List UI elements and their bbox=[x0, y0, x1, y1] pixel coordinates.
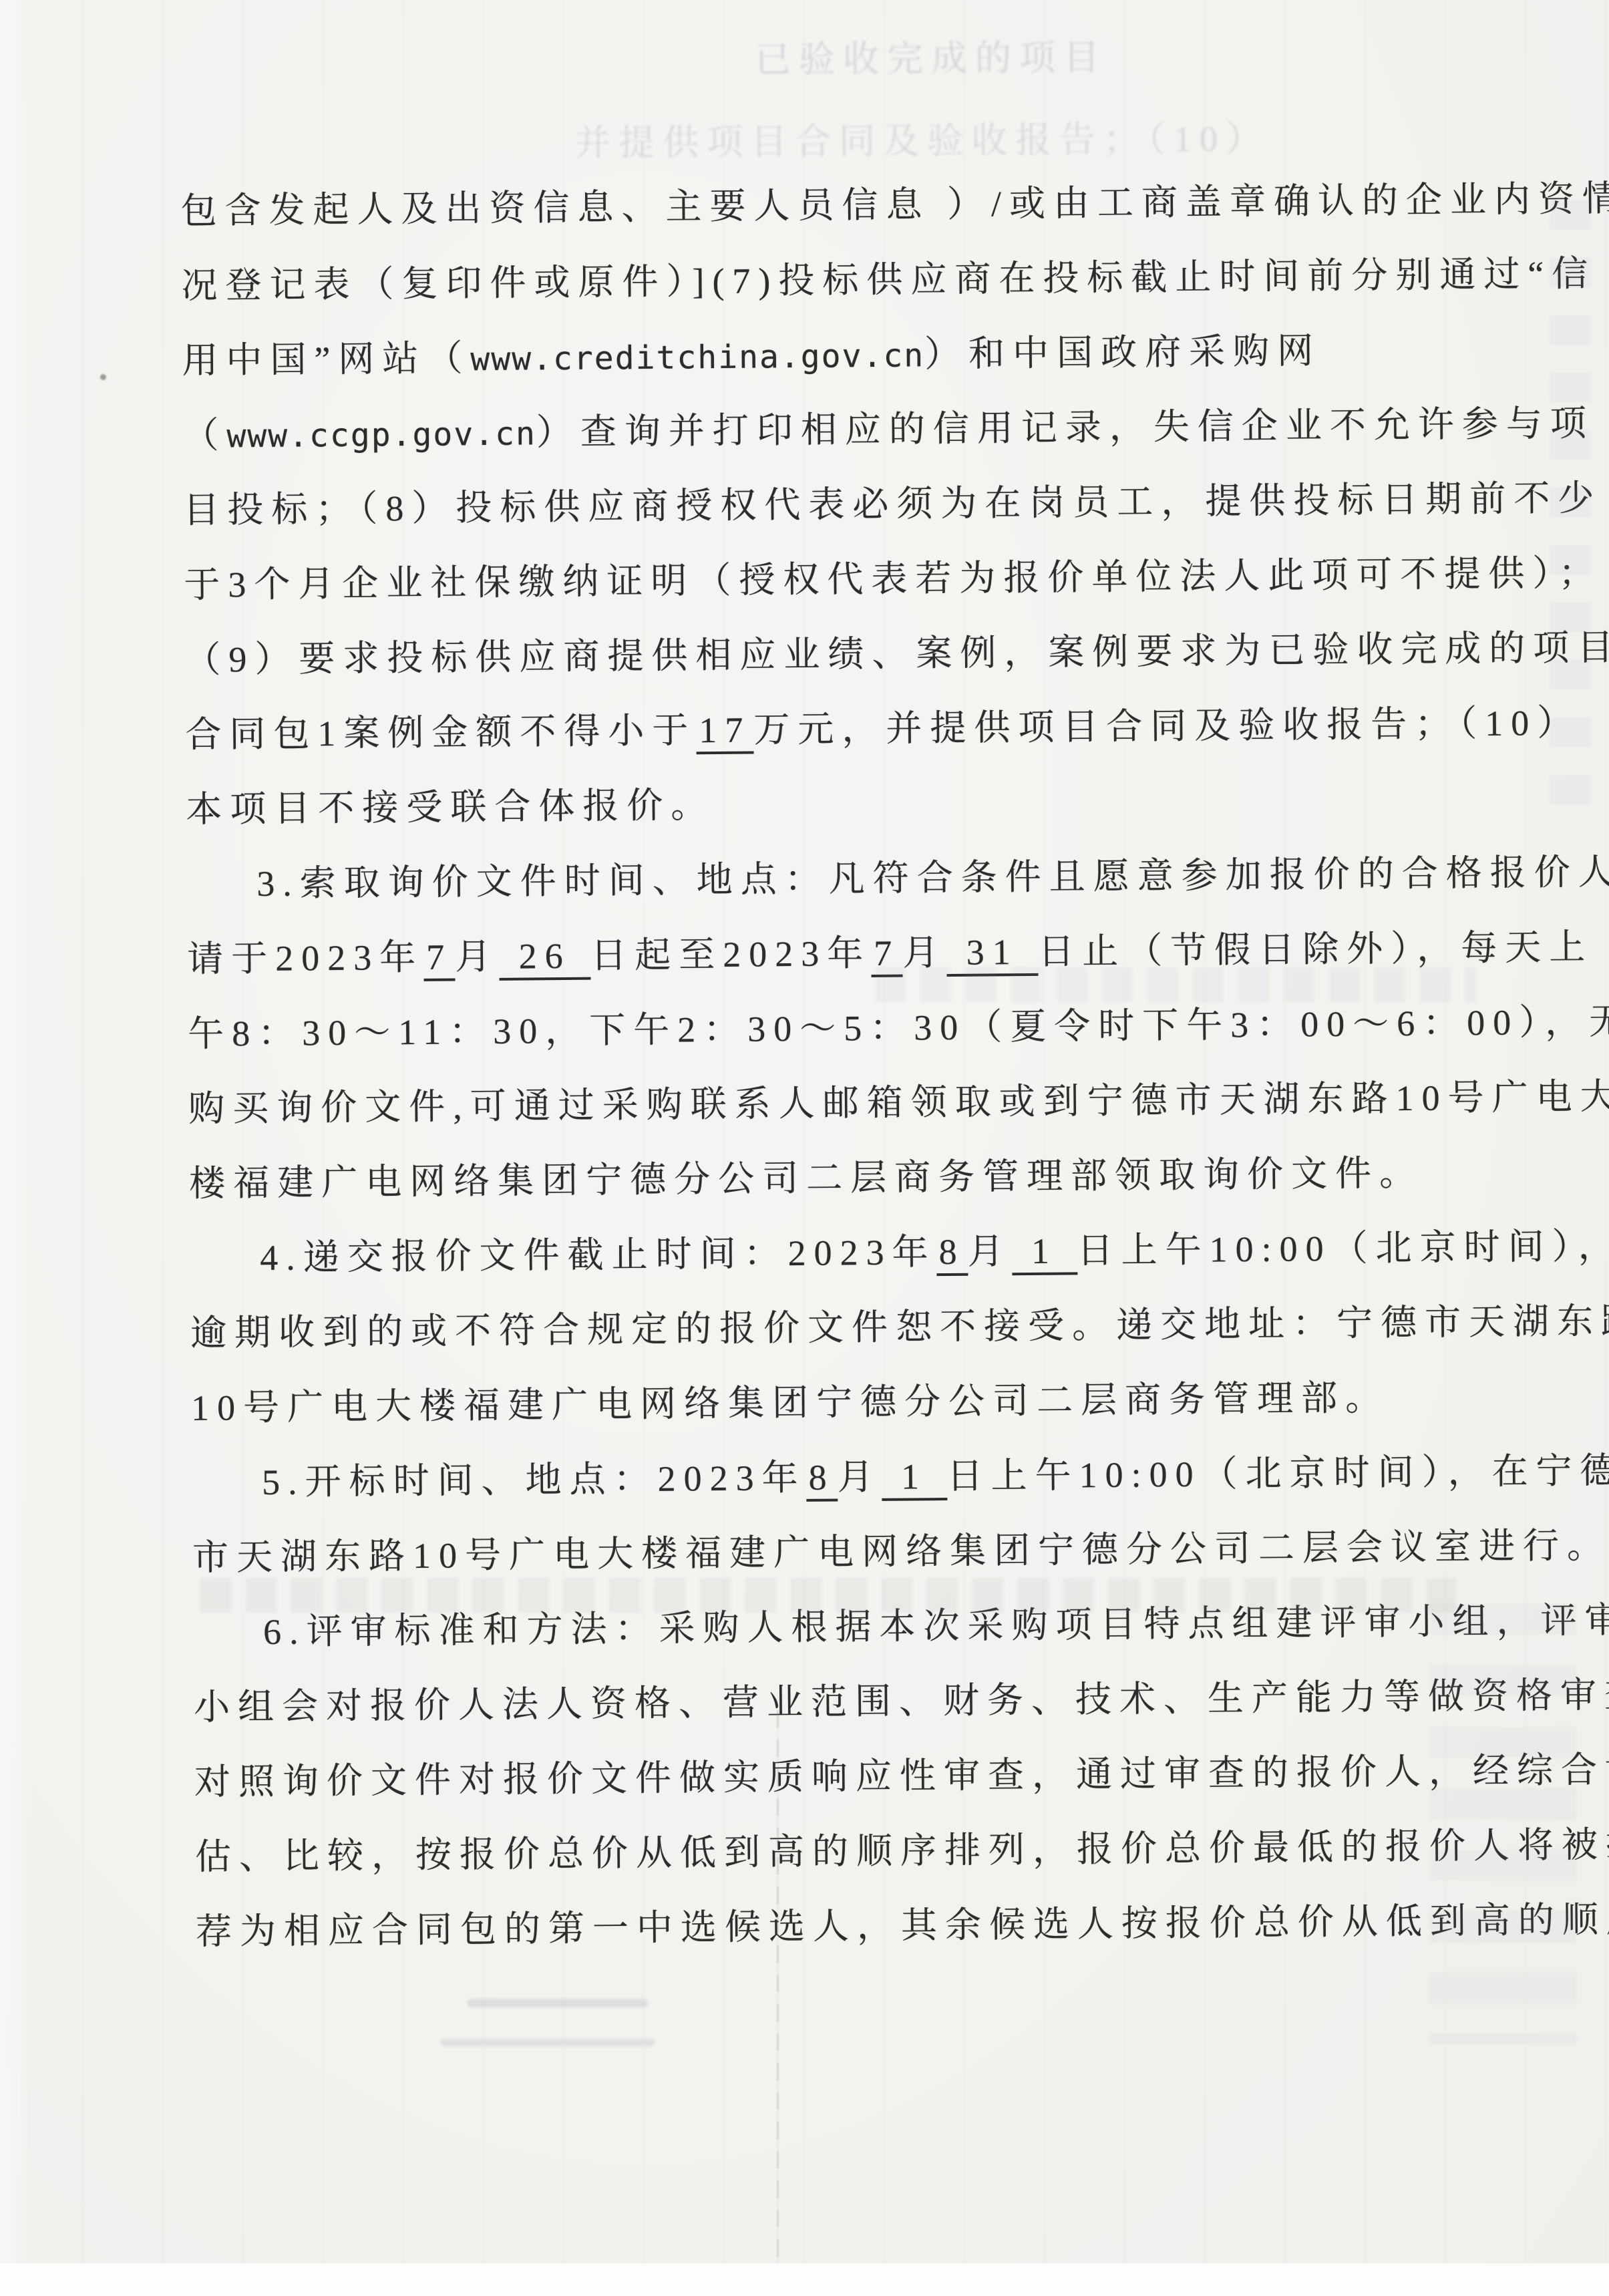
text-segment: 购买询价文件,可通过采购联系人邮箱领取或到宁德市天湖东路10号广电大 bbox=[188, 1076, 1609, 1129]
text-segment: 万元，并提供项目合同及验收报告；（10） bbox=[753, 703, 1581, 750]
section-5-bid-opening: 5.开标时间、地点：2023年8月 1 日上午10:00（北京时间），在宁德市天… bbox=[192, 1434, 1569, 1595]
text-segment: 荐为相应合同包的第一中选候选人，其余候选人按报价总价从低到高的顺序 bbox=[196, 1899, 1609, 1952]
text-segment: 小组会对报价人法人资格、营业范围、财务、技术、生产能力等做资格审查， bbox=[194, 1674, 1609, 1728]
text-segment: （9）要求投标供应商提供相应业绩、案例，案例要求为已验收完成的项目， bbox=[184, 627, 1609, 680]
text-segment: 月 bbox=[455, 937, 500, 977]
text-line: 用中国”网站（www.creditchina.gov.cn）和中国政府采购网 bbox=[182, 311, 1558, 398]
text-segment: 逾期收到的或不符合规定的报价文件恕不接受。递交地址：宁德市天湖东路 bbox=[190, 1301, 1609, 1353]
text-segment: 于3个月企业社保缴纳证明（授权代表若为报价单位法人此项可不提供）； bbox=[184, 552, 1602, 605]
text-line: 市天湖东路10号广电大楼福建广电网络集团宁德分公司二层会议室进行。 bbox=[192, 1508, 1569, 1595]
text-segment: 本项目不接受联合体报价。 bbox=[186, 785, 715, 830]
text-segment: 日上午10:00（北京时间）， bbox=[1077, 1226, 1609, 1271]
text-line: 估、比较，按报价总价从低到高的顺序排列，报价总价最低的报价人将被推 bbox=[195, 1808, 1572, 1895]
text-line: 3.索取询价文件时间、地点：凡符合条件且愿意参加报价的合格报价人 bbox=[186, 835, 1563, 922]
filled-blank-value: 8 bbox=[806, 1457, 838, 1501]
filled-blank-value: 8 bbox=[936, 1232, 968, 1276]
text-segment: 月 bbox=[902, 933, 947, 973]
filled-blank-value: 1 bbox=[1011, 1231, 1077, 1275]
text-segment: 日起至2023年 bbox=[590, 933, 872, 976]
filled-blank-value: 1 bbox=[881, 1456, 947, 1501]
text-segment: 市天湖东路10号广电大楼福建广电网络集团宁德分公司二层会议室进行。 bbox=[192, 1525, 1609, 1578]
text-segment: 请于2023年 bbox=[187, 937, 424, 979]
filled-blank-value: 17 bbox=[696, 710, 754, 755]
text-line: （www.ccgp.gov.cn）查询并打印相应的信用记录，失信企业不允许参与项 bbox=[182, 386, 1559, 473]
filled-blank-value: 7 bbox=[423, 937, 456, 981]
text-segment: （ bbox=[182, 415, 227, 456]
text-segment: 月 bbox=[967, 1231, 1012, 1272]
text-segment: 6.评审标准和方法：采购人根据本次采购项目特点组建评审小组，评审 bbox=[263, 1600, 1609, 1652]
text-block: 包含发起人及出资信息、主要人员信息 ）/或由工商盖章确认的企业内资情况登记表（复… bbox=[180, 162, 1572, 1969]
text-segment: 楼福建广电网络集团宁德分公司二层商务管理部领取询价文件。 bbox=[189, 1153, 1423, 1204]
text-line: 4.递交报价文件截止时间：2023年8月 1 日上午10:00（北京时间）， bbox=[190, 1209, 1566, 1296]
text-line: 本项目不接受联合体报价。 bbox=[186, 760, 1562, 847]
text-segment: 日止（节假日除外），每天上 bbox=[1038, 927, 1593, 972]
scan-smudge bbox=[441, 2039, 655, 2046]
text-segment: ）查询并打印相应的信用记录，失信企业不允许参与项 bbox=[536, 403, 1594, 453]
text-segment: www.ccgp.gov.cn bbox=[226, 415, 536, 455]
document-page: { "page": { "background_color": "#f3f2ef… bbox=[0, 0, 1609, 2296]
text-segment: 月 bbox=[837, 1457, 882, 1498]
scan-bottom-edge bbox=[0, 2263, 1609, 2296]
bleedthrough-ghost-line: 已验收完成的项目 bbox=[755, 29, 1108, 83]
text-line: 午8：30～11：30，下午2：30～5：30（夏令时下午3：00～6：00），… bbox=[188, 985, 1564, 1072]
text-line: 包含发起人及出资信息、主要人员信息 ）/或由工商盖章确认的企业内资情 bbox=[180, 162, 1557, 249]
text-line: 楼福建广电网络集团宁德分公司二层商务管理部领取询价文件。 bbox=[189, 1134, 1566, 1221]
text-segment: ）和中国政府采购网 bbox=[924, 331, 1322, 374]
filled-blank-value: 26 bbox=[499, 936, 591, 981]
section-3-obtain-inquiry-documents: 3.索取询价文件时间、地点：凡符合条件且愿意参加报价的合格报价人请于2023年7… bbox=[186, 835, 1566, 1221]
text-segment: 3.索取询价文件时间、地点：凡符合条件且愿意参加报价的合格报价人 bbox=[256, 852, 1609, 904]
text-segment: 合同包1案例金额不得小于 bbox=[185, 710, 696, 755]
scan-smudge bbox=[468, 1999, 648, 2007]
text-line: 逾期收到的或不符合规定的报价文件恕不接受。递交地址：宁德市天湖东路 bbox=[190, 1284, 1567, 1371]
text-line: 6.评审标准和方法：采购人根据本次采购项目特点组建评审小组，评审 bbox=[193, 1583, 1570, 1670]
text-line: 合同包1案例金额不得小于17万元，并提供项目合同及验收报告；（10） bbox=[185, 685, 1562, 772]
text-segment: 10号广电大楼福建广电网络集团宁德分公司二层商务管理部。 bbox=[191, 1377, 1389, 1428]
text-line: 小组会对报价人法人资格、营业范围、财务、技术、生产能力等做资格审查， bbox=[194, 1658, 1570, 1745]
text-segment: 4.递交报价文件截止时间：2023年 bbox=[260, 1232, 936, 1278]
text-line: 况登记表（复印件或原件）](7)投标供应商在投标截止时间前分别通过“信 bbox=[181, 236, 1558, 323]
text-segment: www.creditchina.gov.cn bbox=[470, 337, 924, 378]
clause-continuation: 包含发起人及出资信息、主要人员信息 ）/或由工商盖章确认的企业内资情况登记表（复… bbox=[180, 162, 1562, 847]
text-line: 于3个月企业社保缴纳证明（授权代表若为报价单位法人此项可不提供）； bbox=[184, 536, 1560, 623]
text-segment: 5.开标时间、地点：2023年 bbox=[262, 1458, 806, 1502]
filled-blank-value: 31 bbox=[946, 932, 1039, 977]
section-4-quotation-deadline: 4.递交报价文件截止时间：2023年8月 1 日上午10:00（北京时间），逾期… bbox=[190, 1209, 1568, 1446]
text-line: 荐为相应合同包的第一中选候选人，其余候选人按报价总价从低到高的顺序 bbox=[195, 1882, 1572, 1969]
text-line: 10号广电大楼福建广电网络集团宁德分公司二层商务管理部。 bbox=[191, 1359, 1568, 1446]
section-6-evaluation-criteria: 6.评审标准和方法：采购人根据本次采购项目特点组建评审小组，评审小组会对报价人法… bbox=[193, 1583, 1572, 1969]
page-left-edge bbox=[0, 0, 31, 2296]
scan-speck bbox=[100, 374, 106, 380]
text-segment: 用中国”网站（ bbox=[182, 338, 470, 381]
filled-blank-value: 7 bbox=[871, 933, 903, 977]
text-segment: 午8：30～11：30，下午2：30～5：30（夏令时下午3：00～6：00），… bbox=[188, 1001, 1609, 1053]
bleedthrough-ghost-line: 并提供项目合同及验收报告；（10） bbox=[574, 110, 1270, 166]
text-segment: 估、比较，按报价总价从低到高的顺序排列，报价总价最低的报价人将被推 bbox=[195, 1824, 1609, 1877]
text-segment: 目投标；（8）投标供应商授权代表必须为在岗员工，提供投标日期前不少 bbox=[183, 478, 1602, 530]
text-line: 对照询价文件对报价文件做实质响应性审查，通过审查的报价人，经综合评 bbox=[194, 1733, 1571, 1820]
text-segment: 日上午10:00（北京时间），在宁德 bbox=[946, 1450, 1609, 1496]
text-segment: 对照询价文件对报价文件做实质响应性审查，通过审查的报价人，经综合评 bbox=[194, 1750, 1609, 1802]
text-line: 请于2023年7月 26 日起至2023年7月 31 日止（节假日除外），每天上 bbox=[187, 910, 1564, 997]
text-segment: 况登记表（复印件或原件）](7)投标供应商在投标截止时间前分别通过“信 bbox=[181, 254, 1596, 306]
text-line: 目投标；（8）投标供应商授权代表必须为在岗员工，提供投标日期前不少 bbox=[183, 461, 1560, 548]
text-line: 5.开标时间、地点：2023年8月 1 日上午10:00（北京时间），在宁德 bbox=[192, 1434, 1568, 1520]
text-segment: 包含发起人及出资信息、主要人员信息 ）/或由工商盖章确认的企业内资情 bbox=[180, 178, 1609, 231]
text-line: （9）要求投标供应商提供相应业绩、案例，案例要求为已验收完成的项目， bbox=[184, 611, 1561, 697]
text-line: 购买询价文件,可通过采购联系人邮箱领取或到宁德市天湖东路10号广电大 bbox=[188, 1059, 1565, 1146]
